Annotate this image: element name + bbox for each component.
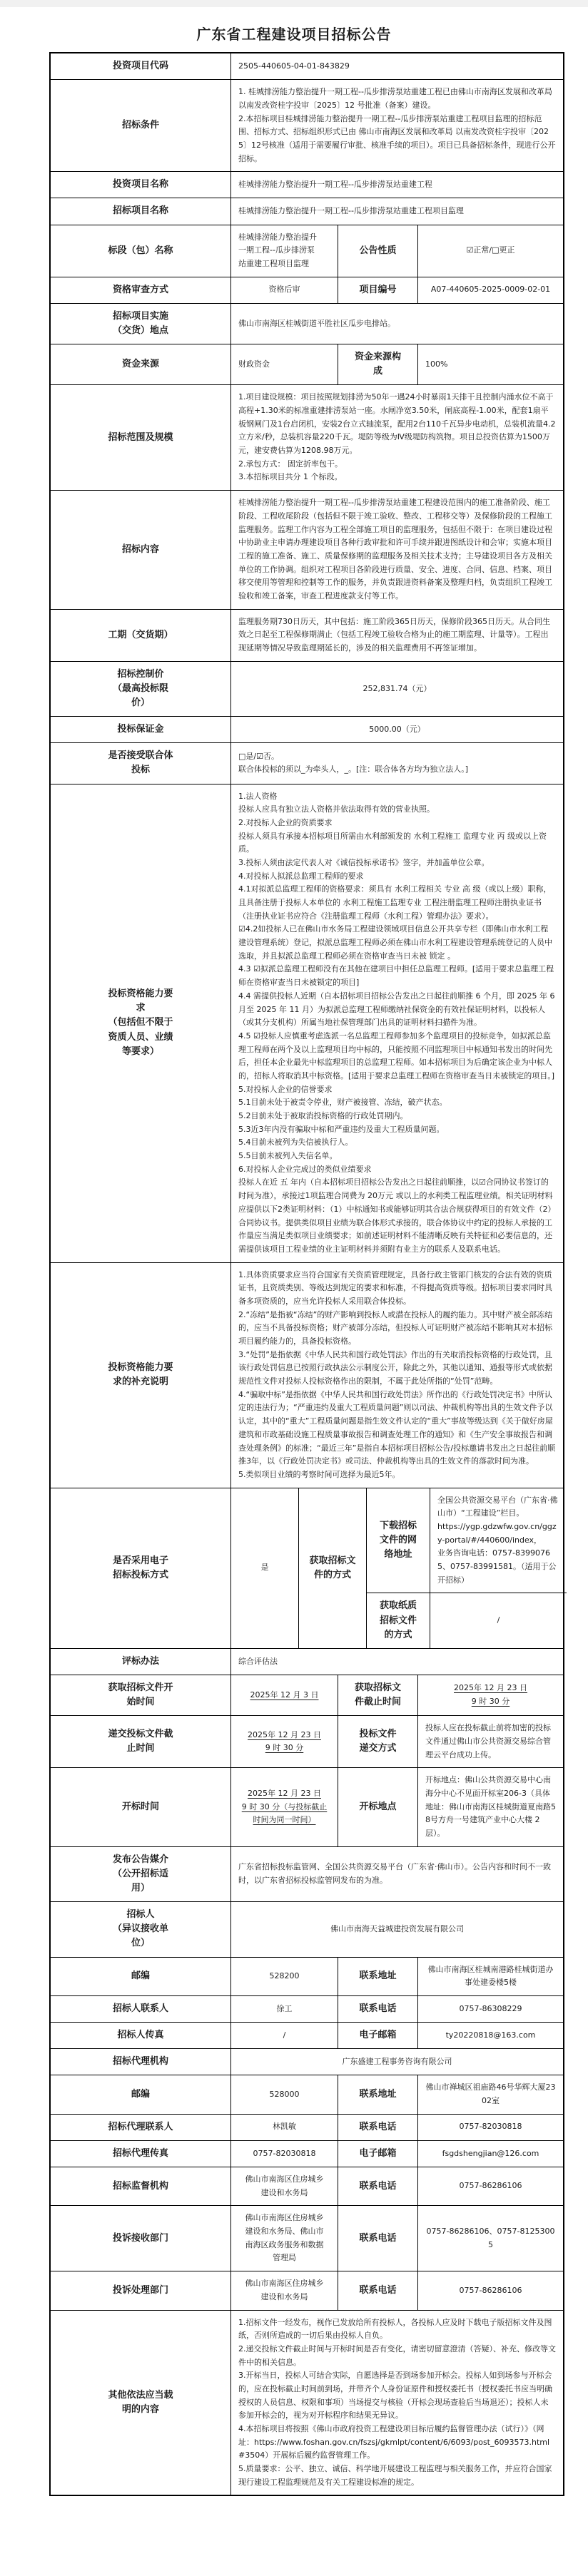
row-label: 招标代理传真 [51, 2141, 230, 2167]
nested-cell-group: 下载招标 文件的网 络地址全国公共资源交易平台（广东省·佛山市）“工程建设”栏目… [366, 1488, 567, 1648]
row-value-2: 佛山市南海区桂城南港路桂城街道办事处建委楼5楼 [417, 1958, 563, 1995]
row-value: 1.招标文件一经发布，视作已发放给所有投标人，各投标人应及时下载电子版招标文件及… [230, 2311, 563, 2495]
row-value: 桂城排涝能力整治提升一期工程--瓜步排涝泵站重建工程 [230, 172, 563, 198]
row-label: 投标保证金 [51, 717, 230, 742]
row-value-2: 0757-82030818 [417, 2115, 563, 2140]
table-row: 是否接受联合体 投标□是/☑否。 联合体投标的须以_为牵头人，_。[注：联合体各… [51, 742, 563, 783]
row-value: 佛山市南海天益城建投资发展有限公司 [230, 1902, 563, 1956]
row-value: 广东盛建工程事务咨询有限公司 [230, 2049, 563, 2075]
table-row: 招标范围及规模1.项目建设规模：项目按照规划排涝为50年一遇24小时暴雨1天排干… [51, 384, 563, 490]
nested-row-value: 全国公共资源交易平台（广东省·佛山市）“工程建设”栏目。 https://ygp… [430, 1488, 567, 1593]
announcement-page: 广东省工程建设项目招标公告 投资项目代码2505-440605-04-01-84… [0, 0, 588, 2496]
row-sublabel: 电子邮箱 [338, 2023, 417, 2048]
table-row: 递交投标文件截 止时间2025年 12 月 23 日 9 时 30 分投标文件 … [51, 1715, 563, 1767]
nested-row: 下载招标 文件的网 络地址全国公共资源交易平台（广东省·佛山市）“工程建设”栏目… [367, 1488, 567, 1593]
row-label: 邮编 [51, 1958, 230, 1995]
row-value: 桂城排涝能力整治提升一期工程--瓜步排涝泵站重建工程项目监理 [230, 198, 563, 224]
row-label: 获取招标文件开 始时间 [51, 1675, 230, 1715]
announcement-table: 投资项目代码2505-440605-04-01-843829招标条件1. 桂城排… [49, 52, 564, 2496]
table-row: 资格审查方式资格后审项目编号A07-440605-2025-0009-02-01 [51, 277, 563, 303]
row-label: 邮编 [51, 2075, 230, 2113]
row-value-1: 是 [230, 1488, 298, 1648]
nested-row-value: / [430, 1593, 567, 1647]
row-label: 招标人 （异议接收单 位） [51, 1902, 230, 1956]
row-value-1: 2025年 12 月 3 日 [230, 1675, 338, 1715]
table-row: 投标资格能力要 求的补充说明1.具体资质要求应当符合国家有关资质管理规定，具备行… [51, 1262, 563, 1488]
row-value-1: / [230, 2023, 338, 2048]
row-label: 是否接受联合体 投标 [51, 743, 230, 783]
table-row: 是否采用电子 招标投标方式是获取招标文 件的方式下载招标 文件的网 络地址全国公… [51, 1488, 563, 1648]
table-row: 招标项目实施 （交货）地点佛山市南海区桂城街道平胜社区瓜步电排站。 [51, 303, 563, 344]
table-row: 投资项目代码2505-440605-04-01-843829 [51, 53, 563, 79]
row-value: □是/☑否。 联合体投标的须以_为牵头人，_。[注：联合体各方均为独立法人。] [230, 743, 563, 783]
row-value: 252,831.74（元） [230, 662, 563, 716]
row-label: 投诉处理部门 [51, 2271, 230, 2309]
table-row: 获取招标文件开 始时间2025年 12 月 3 日获取招标文 件截止时间2025… [51, 1675, 563, 1715]
row-label: 招标人联系人 [51, 1996, 230, 2022]
row-sublabel: 开标地点 [338, 1768, 417, 1846]
row-label: 投诉接收部门 [51, 2206, 230, 2271]
row-value: 2505-440605-04-01-843829 [230, 53, 563, 79]
table-row: 招标代理机构广东盛建工程事务咨询有限公司 [51, 2048, 563, 2075]
row-sublabel: 获取招标文 件的方式 [298, 1488, 366, 1648]
row-label: 招标内容 [51, 491, 230, 609]
table-row: 招标代理联系人林凯敏联系电话0757-82030818 [51, 2114, 563, 2140]
table-row: 招标人传真/电子邮箱ty20220818@163.com [51, 2022, 563, 2048]
table-row: 招标人 （异议接收单 位）佛山市南海天益城建投资发展有限公司 [51, 1901, 563, 1956]
table-row: 其他依法应当载 明的内容1.招标文件一经发布，视作已发放给所有投标人，各投标人应… [51, 2310, 563, 2495]
row-value-1: 528200 [230, 1958, 338, 1995]
table-row: 资金来源财政资金资金来源构 成100% [51, 344, 563, 384]
row-label: 招标控制价 （最高投标限 价） [51, 662, 230, 716]
table-row: 招标内容桂城排涝能力整治提升一期工程--瓜步排涝泵站重建工程建设范围内的施工准备… [51, 490, 563, 609]
row-value-1: 2025年 12 月 23 日 9 时 30 分 [230, 1716, 338, 1767]
table-row: 投诉接收部门佛山市南海区住房城乡 建设和水务局、佛山市 南海区政务服务和数据 管… [51, 2205, 563, 2271]
row-sublabel: 联系电话 [338, 2167, 417, 2205]
row-value-1: 佛山市南海区住房城乡 建设和水务局、佛山市 南海区政务服务和数据 管理局 [230, 2206, 338, 2271]
row-value: 桂城排涝能力整治提升一期工程--瓜步排涝泵站重建工程建设范围内的施工准备阶段、施… [230, 491, 563, 609]
table-row: 邮编528200联系地址佛山市南海区桂城南港路桂城街道办事处建委楼5楼 [51, 1957, 563, 1995]
row-label: 招标项目实施 （交货）地点 [51, 304, 230, 344]
row-label: 标段（包）名称 [51, 225, 230, 277]
row-value-1: 佛山市南海区住房城乡 建设和水务局 [230, 2271, 338, 2309]
row-label: 投资项目名称 [51, 172, 230, 198]
row-value-1: 桂城排涝能力整治提升 一期工程--瓜步排涝泵 站重建工程项目监理 [230, 225, 338, 277]
nested-row: 获取纸质 招标文件 的方式/ [367, 1593, 567, 1647]
row-sublabel: 联系电话 [338, 2271, 417, 2309]
row-sublabel: 获取招标文 件截止时间 [338, 1675, 417, 1715]
row-label: 招标范围及规模 [51, 385, 230, 490]
row-value-2: 0757-86286106 [417, 2167, 563, 2205]
row-value-2: 0757-86286106 [417, 2271, 563, 2309]
table-row: 招标项目名称桂城排涝能力整治提升一期工程--瓜步排涝泵站重建工程项目监理 [51, 198, 563, 224]
row-sublabel: 项目编号 [338, 277, 417, 303]
row-value: 5000.00（元） [230, 717, 563, 742]
row-label: 投标资格能力要 求 （包括但不限于 资质人员、业绩 等要求） [51, 784, 230, 1262]
table-row: 投资项目名称桂城排涝能力整治提升一期工程--瓜步排涝泵站重建工程 [51, 171, 563, 198]
page-title: 广东省工程建设项目招标公告 [0, 23, 588, 44]
row-value: 1.具体资质要求应当符合国家有关资质管理规定，具备行政主管部门核发的合法有效的资… [230, 1263, 563, 1488]
row-sublabel: 联系电话 [338, 1996, 417, 2022]
row-label: 开标时间 [51, 1768, 230, 1846]
table-row: 招标控制价 （最高投标限 价）252,831.74（元） [51, 661, 563, 716]
row-value-1: 佛山市南海区住房城乡 建设和水务局 [230, 2167, 338, 2205]
row-value: 广东省招标投标监管网、全国公共资源交易平台（广东省·佛山市）。公告内容和时间不一… [230, 1847, 563, 1901]
row-label: 工期（交货期） [51, 610, 230, 661]
row-sublabel: 投标文件 递交方式 [338, 1716, 417, 1767]
row-value-2: 2025年 12 月 23 日 9 时 30 分 [417, 1675, 563, 1715]
row-value-2: fsgdshengjian@126.com [417, 2141, 563, 2167]
row-sublabel: 联系电话 [338, 2115, 417, 2140]
top-strip [0, 0, 588, 7]
row-label: 评标办法 [51, 1649, 230, 1675]
row-value: 佛山市南海区桂城街道平胜社区瓜步电排站。 [230, 304, 563, 344]
row-sublabel: 联系地址 [338, 1958, 417, 1995]
table-row: 标段（包）名称桂城排涝能力整治提升 一期工程--瓜步排涝泵 站重建工程项目监理公… [51, 225, 563, 277]
table-row: 招标人联系人徐工联系电话0757-86308229 [51, 1995, 563, 2022]
table-row: 招标监督机构佛山市南海区住房城乡 建设和水务局联系电话0757-86286106 [51, 2167, 563, 2205]
table-row: 招标代理传真0757-82030818电子邮箱fsgdshengjian@126… [51, 2140, 563, 2167]
row-value: 1.项目建设规模：项目按照规划排涝为50年一遇24小时暴雨1天排干且控制内涌水位… [230, 385, 563, 490]
row-value: 1. 桂城排涝能力整治提升一期工程--瓜步排涝泵站重建工程已由佛山市南海区发展和… [230, 80, 563, 171]
row-sublabel: 联系地址 [338, 2075, 417, 2113]
row-sublabel: 公告性质 [338, 225, 417, 277]
nested-row-label: 获取纸质 招标文件 的方式 [367, 1593, 430, 1647]
row-value-2: 开标地点：佛山公共资源交易中心南海分中心不见面开标室206-3（具体地址：佛山市… [417, 1768, 563, 1846]
row-value: 综合评估法 [230, 1649, 563, 1675]
row-value-2: ☑正常/□更正 [417, 225, 563, 277]
row-sublabel: 电子邮箱 [338, 2141, 417, 2167]
row-sublabel: 资金来源构 成 [338, 344, 417, 384]
row-value-1: 林凯敏 [230, 2115, 338, 2140]
row-label: 投标资格能力要 求的补充说明 [51, 1263, 230, 1488]
row-label: 其他依法应当载 明的内容 [51, 2311, 230, 2495]
row-value-1: 资格后审 [230, 277, 338, 303]
row-label: 招标代理机构 [51, 2049, 230, 2075]
table-row: 发布公告媒介 （公开招标适 用）广东省招标投标监管网、全国公共资源交易平台（广东… [51, 1846, 563, 1901]
table-row: 邮编528000联系地址佛山市禅城区祖庙路46号华辉大厦2302室 [51, 2075, 563, 2113]
table-row: 投标资格能力要 求 （包括但不限于 资质人员、业绩 等要求）1.法人资格 投标人… [51, 784, 563, 1262]
row-value-2: 投标人应在投标截止前将加密的投标文件通过佛山市公共资源交易综合管理云平台成功上传… [417, 1716, 563, 1767]
row-value-1: 0757-82030818 [230, 2141, 338, 2167]
row-value-1: 2025年 12 月 23 日 9 时 30 分（与投标截止时间为同一时间） [230, 1768, 338, 1846]
row-value-2: A07-440605-2025-0009-02-01 [417, 277, 563, 303]
table-row: 工期（交货期）监理服务期730日历天，其中包括：施工阶段365日历天，保修阶段3… [51, 609, 563, 661]
row-value-2: 100% [417, 344, 563, 384]
row-label: 招标人传真 [51, 2023, 230, 2048]
row-value-2: 佛山市禅城区祖庙路46号华辉大厦2302室 [417, 2075, 563, 2113]
row-label: 投资项目代码 [51, 53, 230, 79]
table-row: 投诉处理部门佛山市南海区住房城乡 建设和水务局联系电话0757-86286106 [51, 2271, 563, 2309]
nested-row-label: 下载招标 文件的网 络地址 [367, 1488, 430, 1593]
row-label: 发布公告媒介 （公开招标适 用） [51, 1847, 230, 1901]
row-value-1: 徐工 [230, 1996, 338, 2022]
row-value-1: 财政资金 [230, 344, 338, 384]
table-row: 评标办法综合评估法 [51, 1648, 563, 1675]
row-label: 资格审查方式 [51, 277, 230, 303]
row-value-1: 528000 [230, 2075, 338, 2113]
row-value-2: 0757-86308229 [417, 1996, 563, 2022]
row-label: 递交投标文件截 止时间 [51, 1716, 230, 1767]
row-value-2: ty20220818@163.com [417, 2023, 563, 2048]
table-row: 招标条件1. 桂城排涝能力整治提升一期工程--瓜步排涝泵站重建工程已由佛山市南海… [51, 79, 563, 171]
row-label: 招标监督机构 [51, 2167, 230, 2205]
row-label: 是否采用电子 招标投标方式 [51, 1488, 230, 1648]
row-label: 资金来源 [51, 344, 230, 384]
row-value: 监理服务期730日历天，其中包括：施工阶段365日历天，保修阶段365日历天。从… [230, 610, 563, 661]
row-label: 招标代理联系人 [51, 2115, 230, 2140]
table-row: 投标保证金5000.00（元） [51, 716, 563, 742]
row-sublabel: 联系电话 [338, 2206, 417, 2271]
row-value-2: 0757-86286106、0757-81253005 [417, 2206, 563, 2271]
table-row: 开标时间2025年 12 月 23 日 9 时 30 分（与投标截止时间为同一时… [51, 1767, 563, 1846]
row-value: 1.法人资格 投标人应具有独立法人资格并依法取得有效的营业执照。 2.对投标人企… [230, 784, 563, 1262]
row-label: 招标项目名称 [51, 198, 230, 224]
row-label: 招标条件 [51, 80, 230, 171]
